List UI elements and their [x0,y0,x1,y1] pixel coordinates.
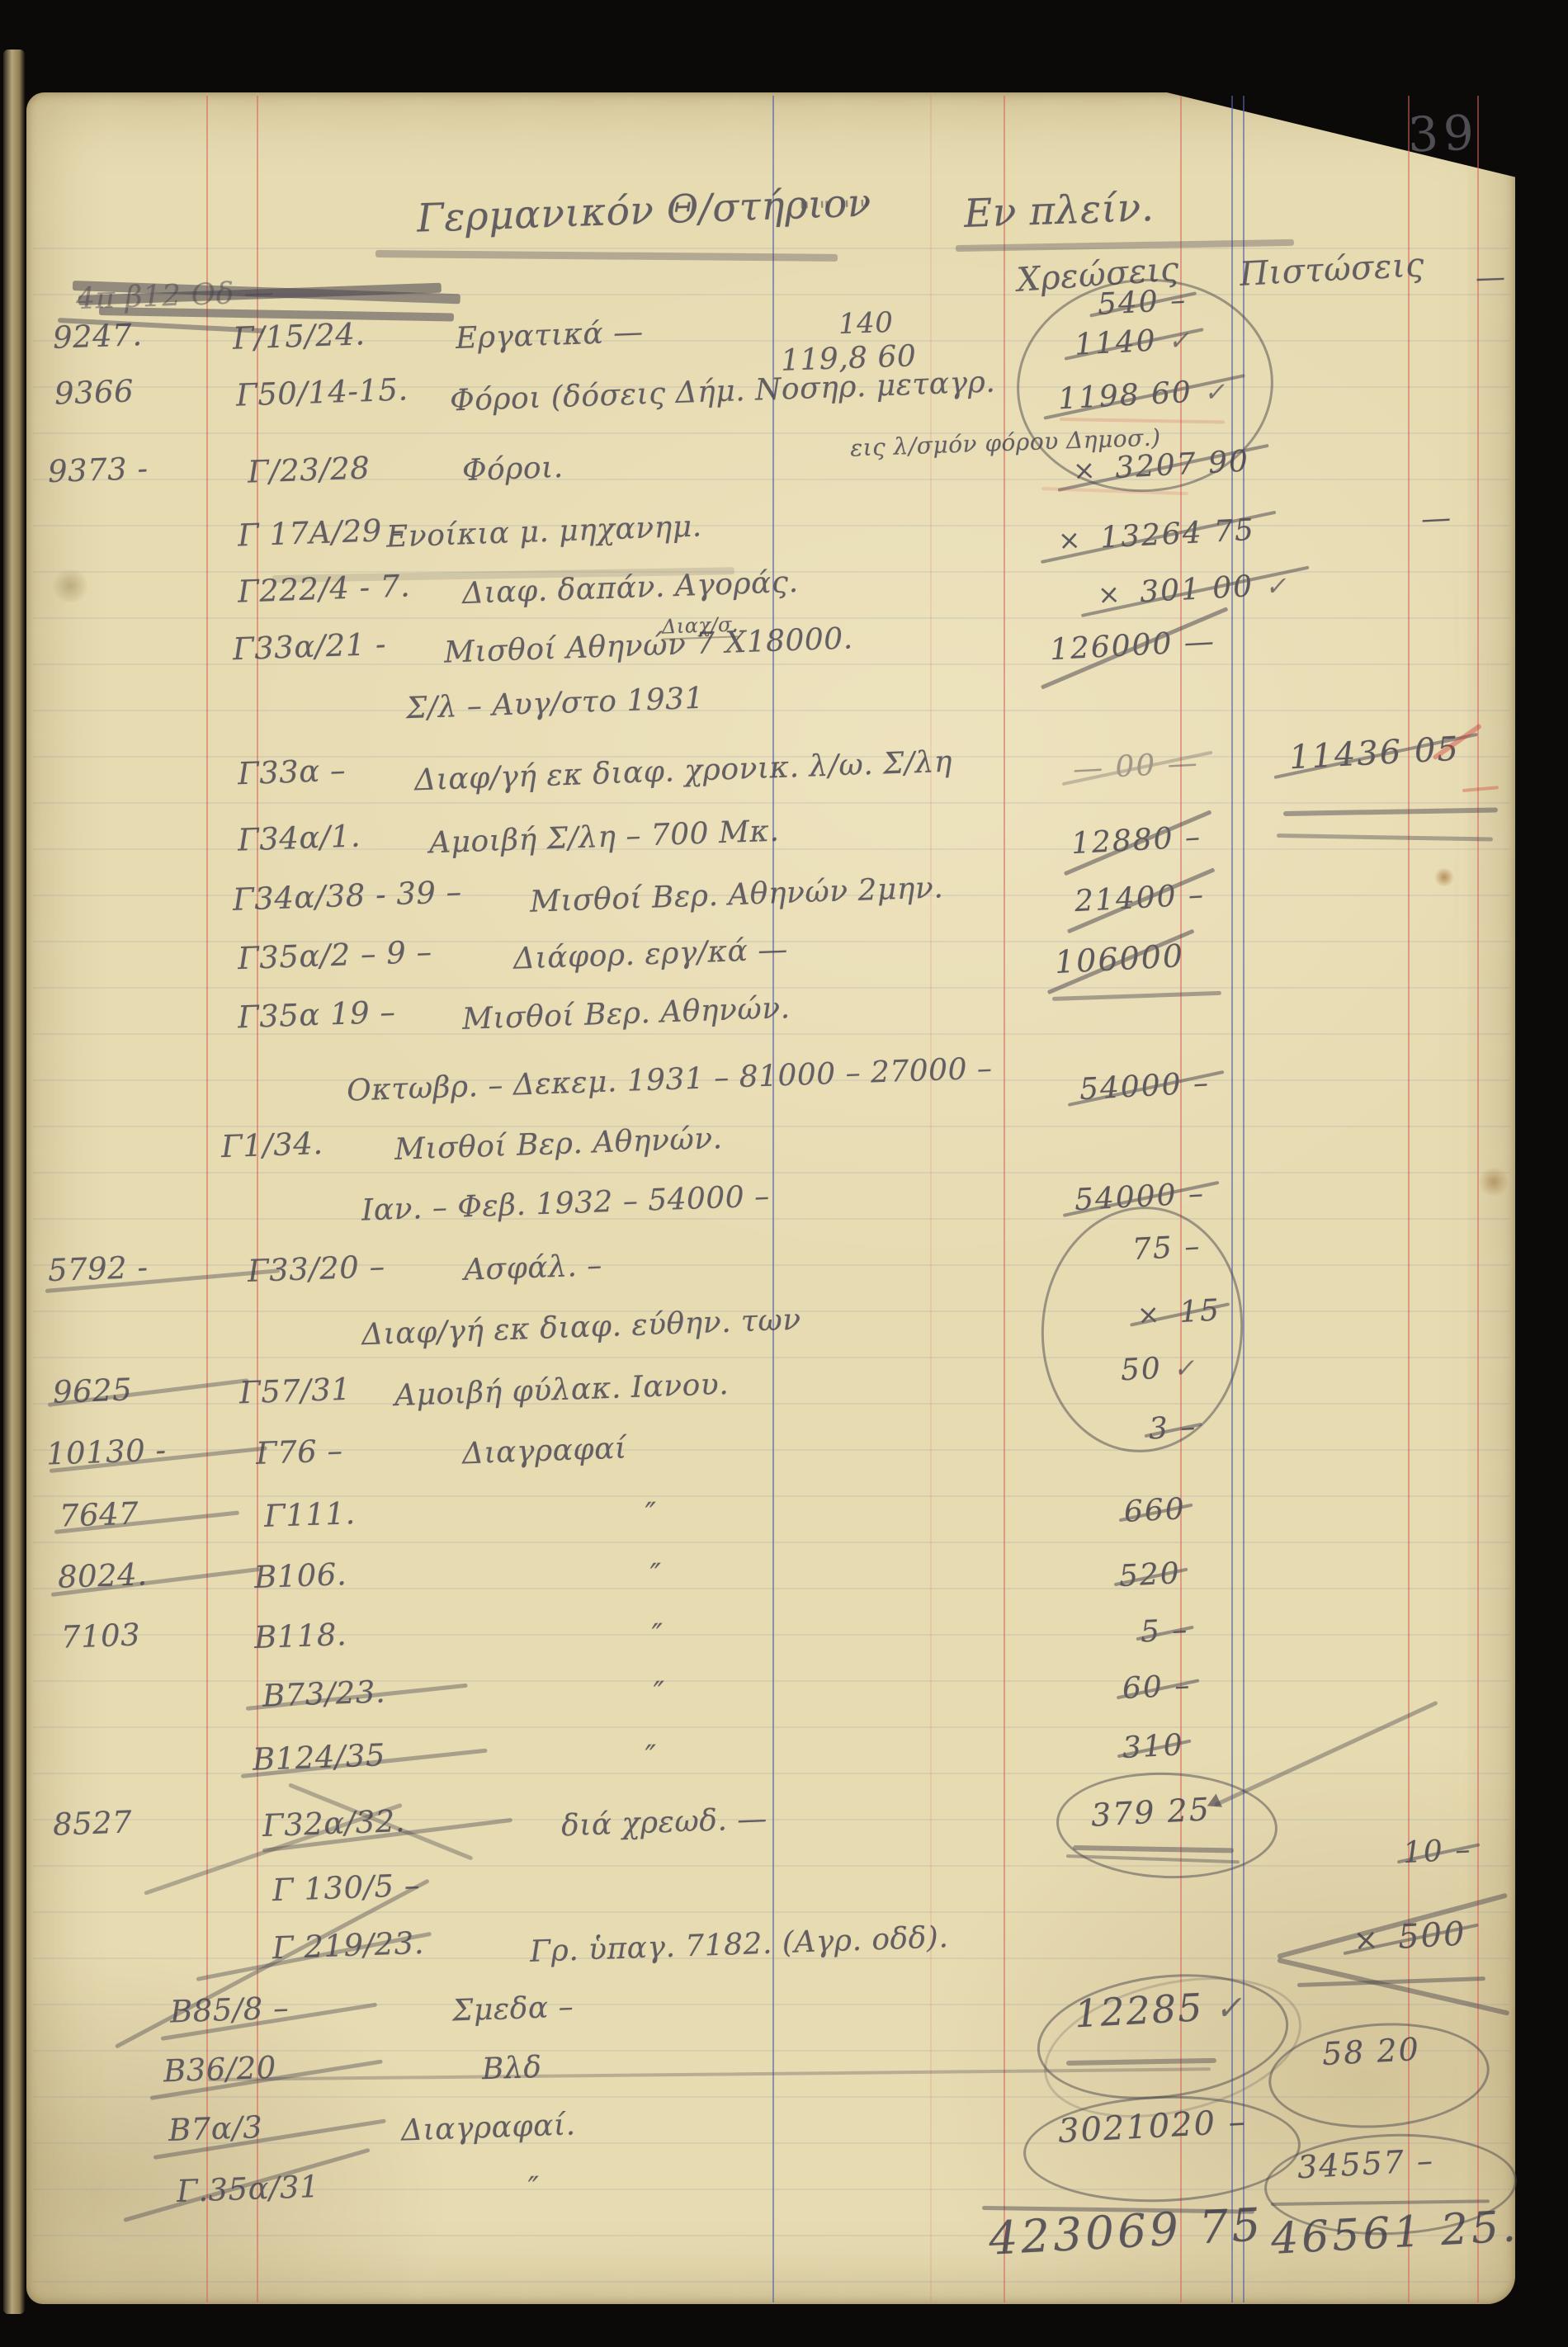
previous-page-edge [3,50,25,2314]
vertical-rule-red [930,96,932,2302]
entry-code: Γ33α – [237,753,346,792]
page-number: 39 [1407,105,1480,163]
debit-amount: 60 – [1122,1669,1192,1706]
entry-code: Β36/20 [163,2050,276,2090]
page-title-right: Εν πλείν. [963,185,1155,237]
entry-description: ″ [651,1618,664,1652]
entry-code: Γ50/14-15. [235,371,409,413]
debit-amount: 660 [1123,1492,1187,1529]
entry-code: Γ111. [263,1495,356,1534]
entry-ref: 9373 - [47,451,149,489]
debit-amount: 310 [1122,1728,1185,1765]
debit-amount: — 00 — [1072,746,1200,786]
entry-code: Β106. [253,1556,347,1595]
title-ditto-quotes: " " " " [798,195,871,226]
entry-description: ″ [649,1558,662,1592]
entry-code: Β118. [253,1617,347,1655]
debit-amount: 106000 [1054,937,1185,980]
entry-description: ″ [653,1676,665,1710]
vertical-rule-blue [772,96,774,2302]
debit-amount: 12880 – [1070,820,1202,861]
entry-code: Γ34α/1. [237,818,361,857]
ledger-page-scan: 39 Γερμανικόν Θ/στήριον " " " " Εν πλείν… [0,0,1568,2347]
entry-ref: 9366 [54,373,135,411]
entry-code: Γ/23/28 [247,450,371,489]
entry-code: Γ35α/2 – 9 – [237,934,432,976]
entry-description: ″ [645,1497,657,1531]
entry-description: Σμεδα – [451,1990,574,2028]
entry-description: ″ [645,1740,657,1773]
check-mark: ✓ [1264,572,1288,602]
entry-code: Γ35α 19 – [237,994,396,1036]
entry-code: Γ1/34. [220,1126,324,1164]
entry-ref: 8527 [52,1804,133,1842]
entry-description: Ασφάλ. – [463,1249,602,1287]
debit-amount: 54000 – [1079,1066,1211,1107]
entry-ref: 7103 [60,1617,141,1655]
entry-code: Γ/15/24. [232,316,366,357]
x-mark: × [1097,578,1122,611]
debit-amount: 5 – [1140,1613,1189,1650]
entry-code: Γ 130/5 – [272,1868,420,1908]
entry-description: Φόροι. [461,451,564,488]
vertical-rule-red [1477,96,1479,2302]
entry-description: Διαγραφαί [461,1432,627,1471]
vertical-rule-red [1408,96,1410,2302]
x-mark: × [1057,524,1083,556]
entry-code: Γ 17Α/29 - [237,512,403,554]
column-header-dash: — [1475,260,1506,295]
vertical-rule-red [1004,96,1005,2302]
vertical-rule-red [206,96,208,2302]
debit-amount: 21400 – [1074,878,1206,918]
entry-description: Διαγραφαί. [400,2108,576,2147]
entry-code: Γ57/31 [239,1372,352,1411]
entry-code: Γ76 – [255,1433,343,1471]
side-calculation-line1: 140 [838,306,894,341]
credit-amount: — [1420,501,1453,536]
entry-code: Γ.35α/31 [176,2169,319,2209]
entry-description: διά χρεωδ. — [560,1802,767,1844]
credit-amount: 10 – [1402,1833,1472,1870]
entry-inserted-word: Διαχ/σ. [662,612,739,640]
debit-amount: 520 [1118,1556,1182,1594]
entry-description: Βλδ [481,2051,542,2087]
entry-code: Γ33α/21 - [232,626,386,667]
entry-description: ″ [527,2171,540,2205]
entry-description: Εργατικά — [455,315,644,356]
